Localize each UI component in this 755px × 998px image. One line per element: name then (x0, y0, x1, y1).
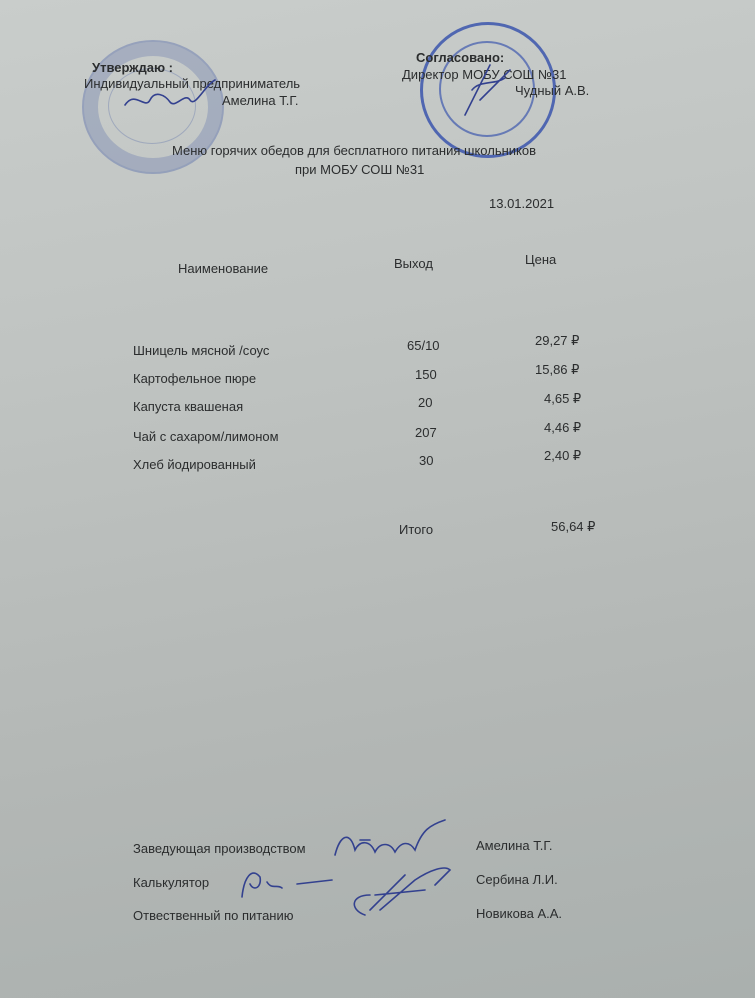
signature-role-1: Заведующая производством (133, 841, 306, 856)
header-yield: Выход (394, 256, 433, 271)
document-title-line2: при МОБУ СОШ №31 (295, 162, 424, 177)
signature-right-icon (460, 60, 520, 120)
total-value: 56,64 ₽ (551, 519, 595, 535)
row-name: Картофельное пюре (133, 371, 256, 386)
approval-left-name: Амелина Т.Г. (222, 93, 298, 108)
row-price: 2,40 ₽ (544, 448, 581, 464)
signature-role-3: Отвественный по питанию (133, 908, 294, 923)
row-yield: 207 (415, 425, 437, 440)
document-date: 13.01.2021 (489, 196, 554, 211)
signature-left-icon (120, 80, 220, 120)
total-label: Итого (399, 522, 433, 537)
row-price: 4,46 ₽ (544, 420, 581, 436)
row-name: Шницель мясной /соус (133, 343, 269, 358)
row-yield: 150 (415, 367, 437, 382)
signature-role-2: Калькулятор (133, 875, 209, 890)
document-title-line1: Меню горячих обедов для бесплатного пита… (172, 143, 536, 158)
row-name: Капуста квашеная (133, 399, 243, 414)
signature-3-icon (345, 865, 455, 930)
row-price: 15,86 ₽ (535, 362, 579, 378)
approval-left-heading: Утверждаю : (92, 60, 173, 75)
signature-name-3: Новикова А.А. (476, 906, 562, 921)
row-name: Хлеб йодированный (133, 457, 256, 472)
row-price: 29,27 ₽ (535, 333, 579, 349)
row-yield: 20 (418, 395, 432, 410)
signature-name-2: Сербина Л.И. (476, 872, 558, 887)
header-name: Наименование (178, 261, 268, 276)
signature-2-icon (232, 862, 342, 902)
approval-right-name: Чудный А.В. (515, 83, 589, 98)
signature-1-icon (330, 820, 450, 865)
row-yield: 65/10 (407, 338, 440, 353)
row-yield: 30 (419, 453, 433, 468)
header-price: Цена (525, 252, 556, 267)
row-name: Чай с сахаром/лимоном (133, 429, 279, 444)
signature-name-1: Амелина Т.Г. (476, 838, 552, 853)
row-price: 4,65 ₽ (544, 391, 581, 407)
